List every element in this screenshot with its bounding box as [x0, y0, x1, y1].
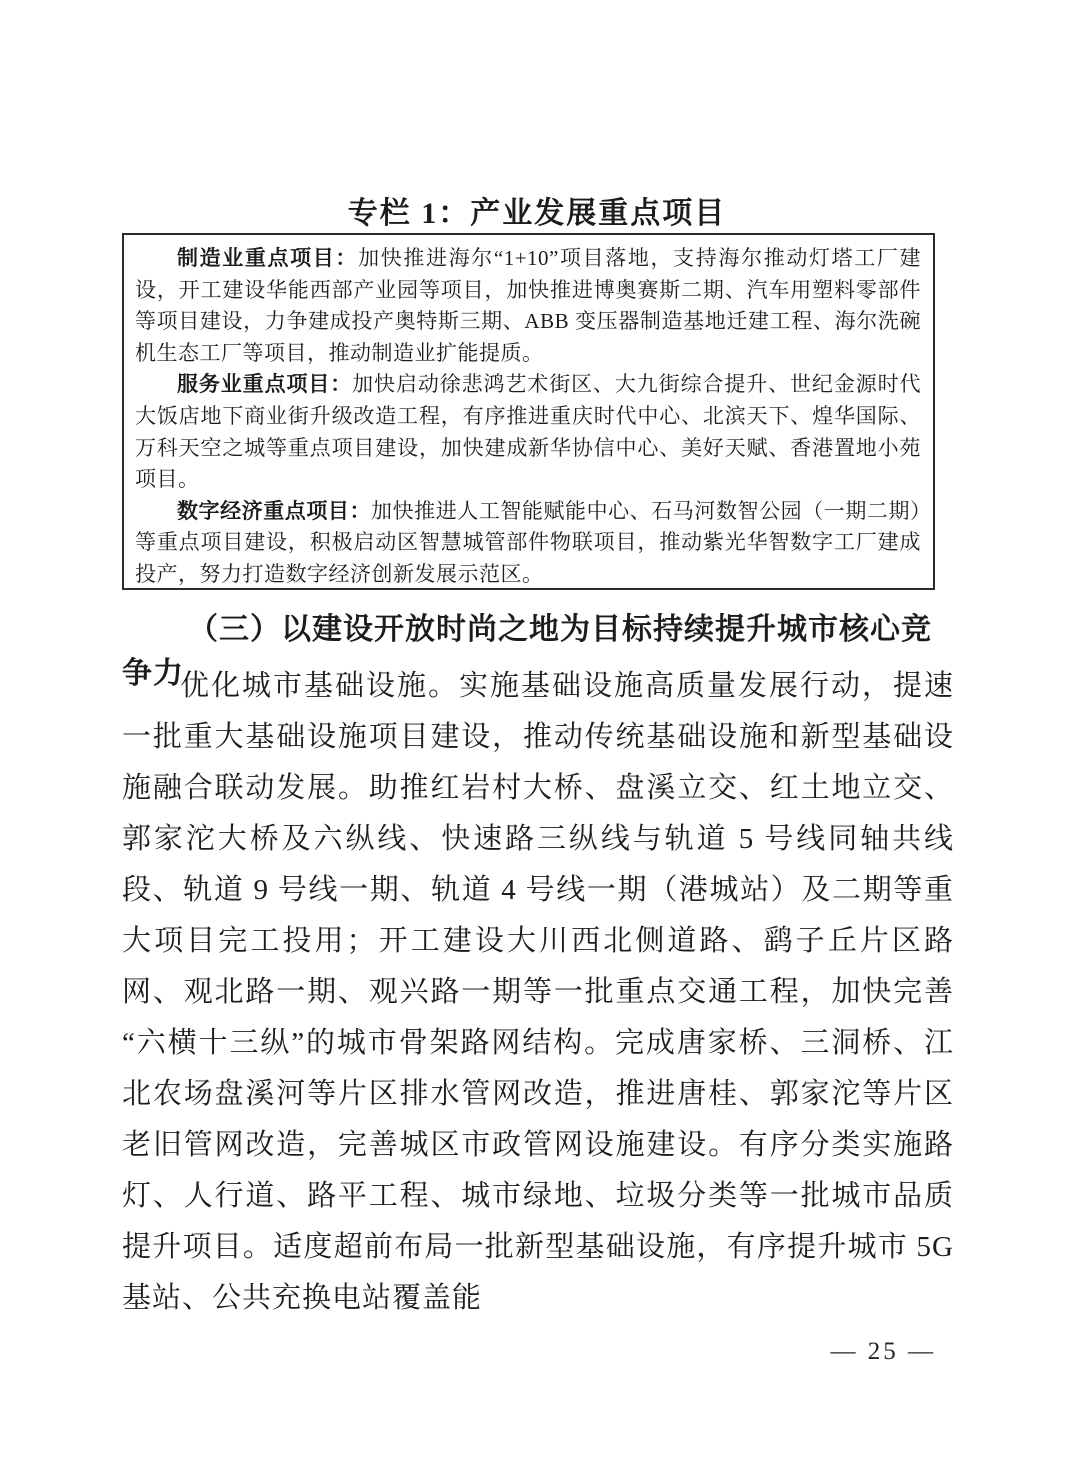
- document-page: 专栏 1：产业发展重点项目 制造业重点项目：加快推进海尔“1+10”项目落地，支…: [0, 0, 1074, 1458]
- box-paragraph-services: 服务业重点项目：加快启动徐悲鸿艺术街区、大九街综合提升、世纪金源时代大饭店地下商…: [135, 369, 921, 495]
- box-paragraph-manufacturing-label: 制造业重点项目：: [177, 246, 358, 270]
- box-paragraph-digital-economy-label: 数字经济重点项目：: [177, 499, 371, 523]
- box-paragraph-digital-economy: 数字经济重点项目：加快推进人工智能赋能中心、石马河数智公园（一期二期）等重点项目…: [135, 496, 921, 591]
- column-box: 制造业重点项目：加快推进海尔“1+10”项目落地，支持海尔推动灯塔工厂建设，开工…: [122, 233, 935, 590]
- box-paragraph-manufacturing: 制造业重点项目：加快推进海尔“1+10”项目落地，支持海尔推动灯塔工厂建设，开工…: [135, 243, 921, 369]
- section-body-paragraph: 优化城市基础设施。实施基础设施高质量发展行动，提速一批重大基础设施项目建设，推动…: [122, 661, 954, 1324]
- page-number: — 25 —: [831, 1338, 937, 1366]
- box-paragraph-services-label: 服务业重点项目：: [177, 372, 352, 396]
- column-box-title: 专栏 1：产业发展重点项目: [0, 188, 1074, 232]
